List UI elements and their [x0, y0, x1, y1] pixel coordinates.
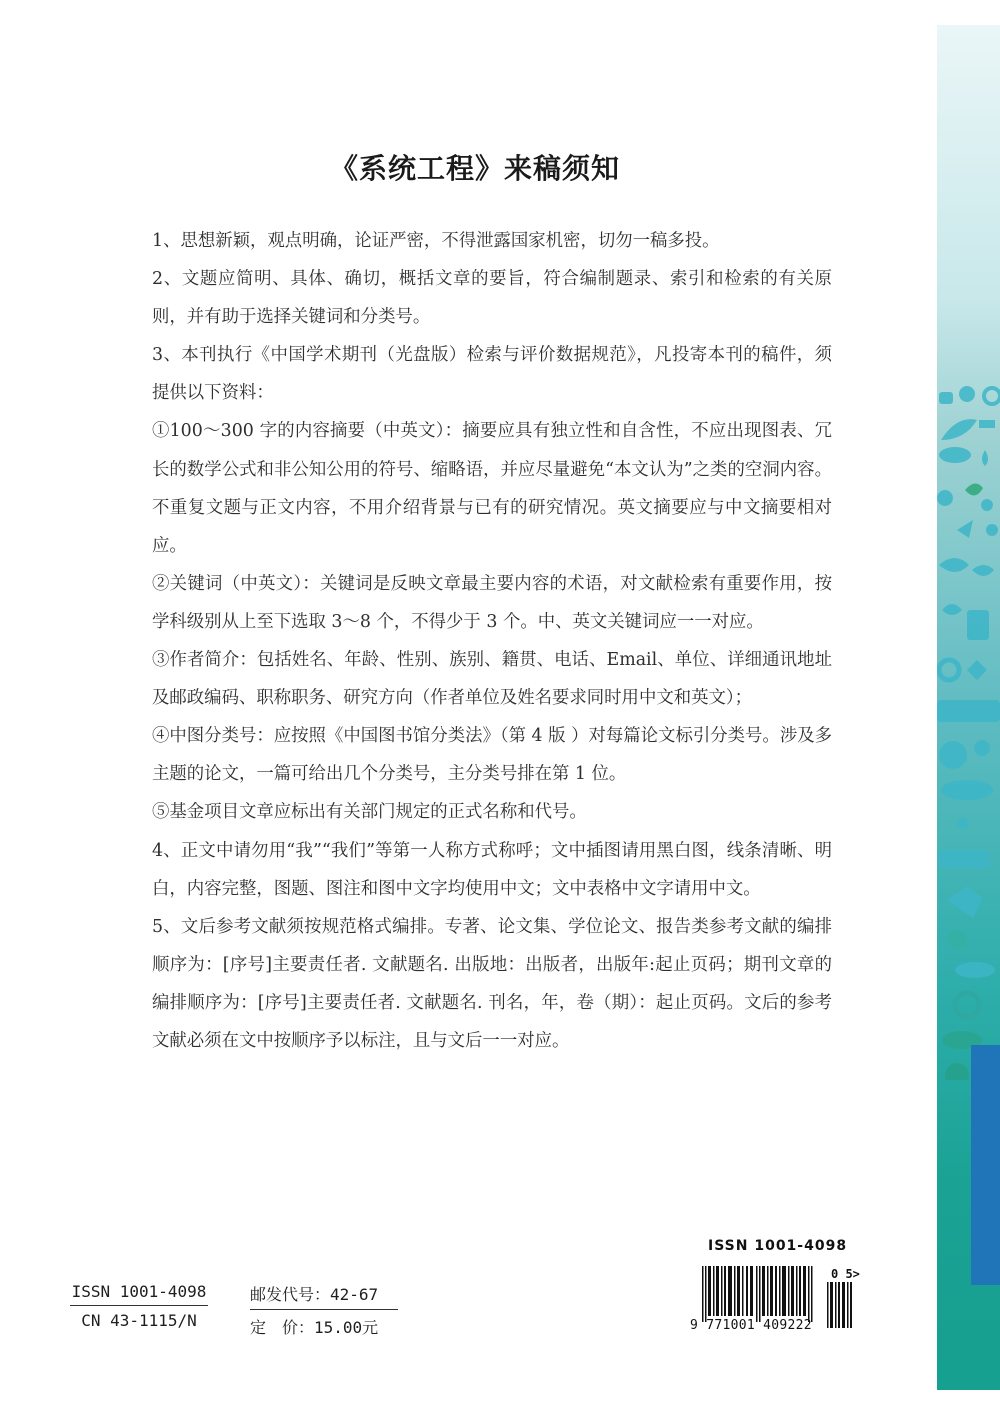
cn-number: CN 43-1115/N: [70, 1306, 208, 1330]
issn-number: ISSN 1001-4098: [70, 1282, 208, 1306]
guideline-3: 3、本刊执行《中国学术期刊（光盘版）检索与评价数据规范》，凡投寄本刊的稿件，须提…: [152, 336, 832, 412]
issn-cn-block: ISSN 1001-4098 CN 43-1115/N: [70, 1282, 208, 1330]
guideline-1: 1、思想新颖，观点明确，论证严密，不得泄露国家机密，切勿一稿多投。: [152, 222, 832, 260]
postal-code: 邮发代号：42-67: [250, 1282, 398, 1310]
guideline-3-classification: ④中图分类号：应按照《中国图书馆分类法》（第 4 版 ）对每篇论文标引分类号。涉…: [152, 717, 832, 793]
guideline-3-abstract: ①100～300 字的内容摘要（中英文）：摘要应具有独立性和自含性，不应出现图表…: [152, 412, 832, 564]
guideline-5: 5、文后参考文献须按规范格式编排。专著、论文集、学位论文、报告类参考文献的编排顺…: [152, 908, 832, 1060]
guideline-3-keywords: ②关键词（中英文）：关键词是反映文章最主要内容的术语，对文献检索有重要作用，按学…: [152, 565, 832, 641]
guideline-4: 4、正文中请勿用“我”“我们”等第一人称方式称呼；文中插图请用黑白图，线条清晰、…: [152, 832, 832, 908]
eco-icons-pattern: [937, 380, 1000, 1080]
guideline-2: 2、文题应简明、具体、确切，概括文章的要旨，符合编制题录、索引和检索的有关原则，…: [152, 260, 832, 336]
barcode-icon: [702, 1266, 814, 1322]
submission-guidelines: 1、思想新颖，观点明确，论证严密，不得泄露国家机密，切勿一稿多投。 2、文题应简…: [152, 222, 832, 1060]
guideline-3-funding: ⑤基金项目文章应标出有关部门规定的正式名称和代号。: [152, 793, 832, 831]
issn-barcode: ISSN 1001-4098: [690, 1238, 870, 1338]
barcode-addon-icon: [827, 1282, 853, 1328]
barcode-addon-label: 0 5>: [831, 1267, 860, 1281]
spine-blue-block: [971, 1045, 1000, 1285]
guideline-3-author-bio: ③作者简介：包括姓名、年龄、性别、族别、籍贯、电话、Email、单位、详细通讯地…: [152, 641, 832, 717]
page-title: 《系统工程》来稿须知: [0, 147, 950, 187]
price: 定 价：15.00元: [250, 1310, 398, 1338]
barcode-issn-label: ISSN 1001-4098: [708, 1238, 847, 1254]
postal-price-block: 邮发代号：42-67 定 价：15.00元: [250, 1282, 398, 1338]
barcode-digits: 9 771001 409222: [690, 1318, 812, 1333]
